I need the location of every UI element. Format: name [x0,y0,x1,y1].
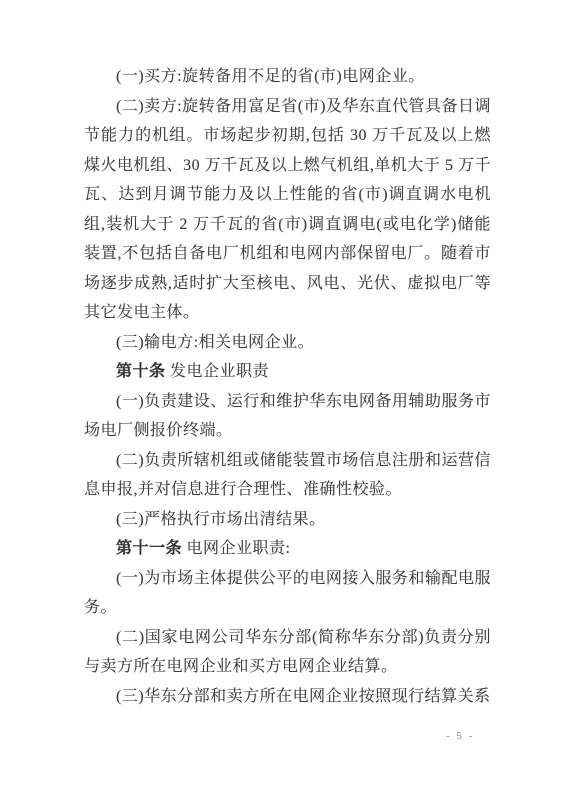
paragraph-text: (一)负责建设、运行和维护华东电网备用辅助服务市场电厂侧报价终端。 [84,393,491,440]
paragraph-duty-3: (三)严格执行市场出清结果。 [84,505,491,535]
article-number: 第十一条 [116,540,187,557]
paragraph-seller: (二)卖方:旋转备用富足省(市)及华东直代管具备日调节能力的机组。市场起步初期,… [84,92,491,328]
paragraph-transmitter: (三)输电方:相关电网企业。 [84,328,491,358]
document-body: (一)买方:旋转备用不足的省(市)电网企业。 (二)卖方:旋转备用富足省(市)及… [84,62,491,711]
paragraph-text: (二)卖方:旋转备用富足省(市)及华东直代管具备日调节能力的机组。市场起步初期,… [84,98,491,322]
heading-article-10: 第十条发电企业职责 [84,357,491,387]
paragraph-text: (一)买方:旋转备用不足的省(市)电网企业。 [116,68,425,85]
paragraph-buyer: (一)买方:旋转备用不足的省(市)电网企业。 [84,62,491,92]
paragraph-text: (三)华东分部和卖方所在电网企业按照现行结算关系 [116,688,491,705]
paragraph-grid-duty-3: (三)华东分部和卖方所在电网企业按照现行结算关系 [84,682,491,712]
paragraph-duty-1: (一)负责建设、运行和维护华东电网备用辅助服务市场电厂侧报价终端。 [84,387,491,446]
paragraph-grid-duty-2: (二)国家电网公司华东分部(简称华东分部)负责分别与卖方所在电网企业和买方电网企… [84,623,491,682]
page-number: - 5 - [446,730,474,742]
paragraph-text: (二)负责所辖机组或储能装置市场信息注册和运营信息申报,并对信息进行合理性、准确… [84,452,491,499]
article-number: 第十条 [116,363,170,380]
paragraph-text: (三)严格执行市场出清结果。 [116,511,326,528]
paragraph-text: (二)国家电网公司华东分部(简称华东分部)负责分别与卖方所在电网企业和买方电网企… [84,629,491,676]
document-page: (一)买方:旋转备用不足的省(市)电网企业。 (二)卖方:旋转备用富足省(市)及… [0,0,566,800]
heading-text: 电网企业职责: [187,540,291,557]
paragraph-grid-duty-1: (一)为市场主体提供公平的电网接入服务和输配电服务。 [84,564,491,623]
paragraph-text: (三)输电方:相关电网企业。 [116,334,314,351]
heading-text: 发电企业职责 [170,363,269,380]
heading-article-11: 第十一条电网企业职责: [84,534,491,564]
paragraph-duty-2: (二)负责所辖机组或储能装置市场信息注册和运营信息申报,并对信息进行合理性、准确… [84,446,491,505]
paragraph-text: (一)为市场主体提供公平的电网接入服务和输配电服务。 [84,570,491,617]
